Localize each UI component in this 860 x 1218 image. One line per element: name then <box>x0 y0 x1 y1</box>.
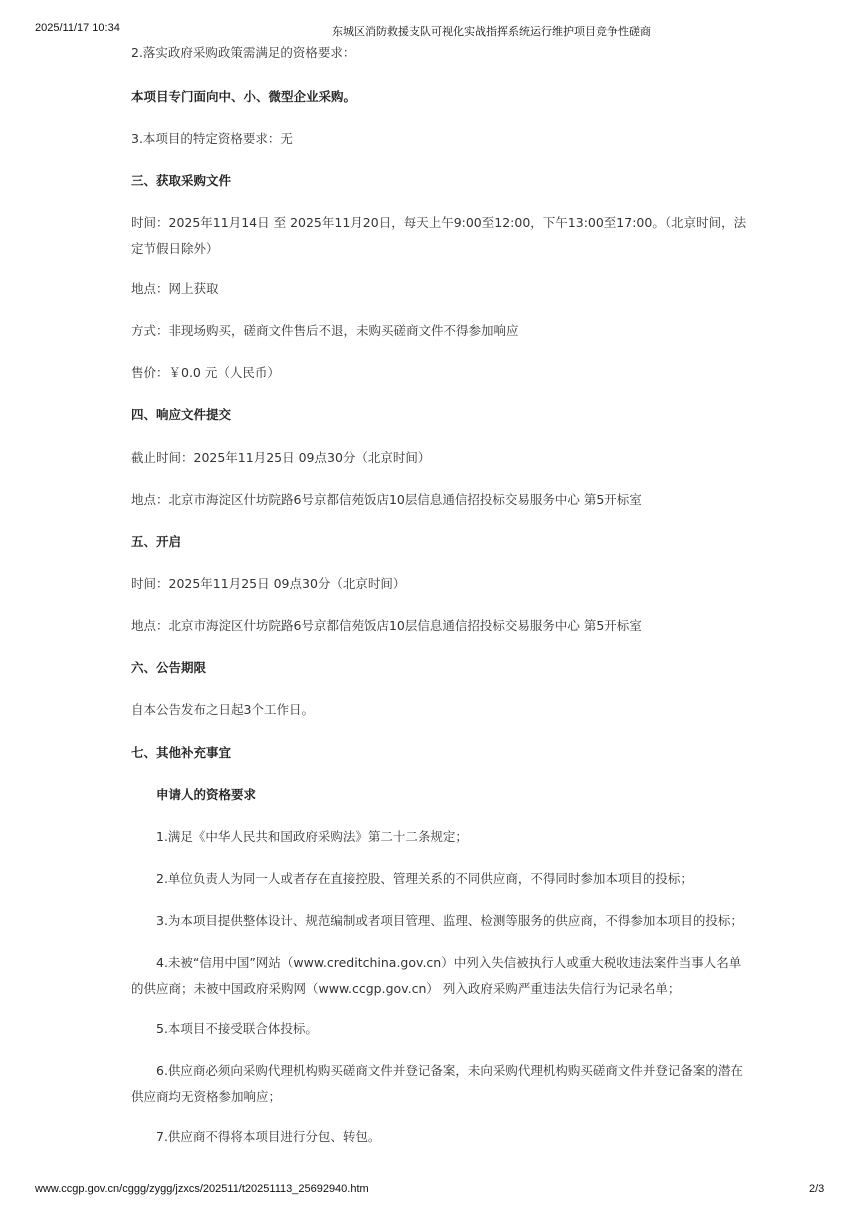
print-url: www.ccgp.gov.cn/cggg/zygg/jzxcs/202511/t… <box>35 1183 369 1195</box>
specific-requirement: 3.本项目的特定资格要求：无 <box>131 126 293 152</box>
requirement-item: 5.本项目不接受联合体投标。 <box>156 1016 318 1042</box>
print-datetime: 2025/11/17 10:34 <box>35 22 120 34</box>
section-heading-notice-period: 六、公告期限 <box>131 655 206 681</box>
sme-only-notice: 本项目专门面向中、小、微型企业采购。 <box>131 84 356 110</box>
requirement-item: 3.为本项目提供整体设计、规范编制或者项目管理、监理、检测等服务的供应商，不得参… <box>156 908 743 934</box>
notice-period-text: 自本公告发布之日起3个工作日。 <box>131 697 314 723</box>
requirement-item: 4.未被“信用中国”网站（www.creditchina.gov.cn）中列入失… <box>131 950 751 1002</box>
requirement-item: 2.单位负责人为同一人或者存在直接控股、管理关系的不同供应商，不得同时参加本项目… <box>156 866 693 892</box>
section-heading-opening: 五、开启 <box>131 529 181 555</box>
policy-requirement-label: 2.落实政府采购政策需满足的资格要求： <box>131 40 355 66</box>
section-heading-other-matters: 七、其他补充事宜 <box>131 740 231 766</box>
opening-time: 时间：2025年11月25日 09点30分（北京时间） <box>131 571 405 597</box>
obtain-docs-price: 售价：￥0.0 元（人民币） <box>131 360 280 386</box>
applicant-requirements-subheading: 申请人的资格要求 <box>156 782 256 808</box>
obtain-docs-place: 地点：网上获取 <box>131 276 219 302</box>
obtain-docs-time: 时间：2025年11月14日 至 2025年11月20日，每天上午9:00至12… <box>131 210 751 262</box>
requirement-item: 7.供应商不得将本项目进行分包、转包。 <box>156 1124 380 1150</box>
submission-deadline: 截止时间：2025年11月25日 09点30分（北京时间） <box>131 445 430 471</box>
obtain-docs-method: 方式：非现场购买，磋商文件售后不退，未购买磋商文件不得参加响应 <box>131 318 519 344</box>
requirement-item: 6.供应商必须向采购代理机构购买磋商文件并登记备案，未向采购代理机构购买磋商文件… <box>131 1058 751 1110</box>
page-number: 2/3 <box>809 1183 824 1195</box>
section-heading-submission: 四、响应文件提交 <box>131 402 231 428</box>
section-heading-obtain-docs: 三、获取采购文件 <box>131 168 231 194</box>
submission-place: 地点：北京市海淀区什坊院路6号京都信苑饭店10层信息通信招投标交易服务中心 第5… <box>131 487 642 513</box>
opening-place: 地点：北京市海淀区什坊院路6号京都信苑饭店10层信息通信招投标交易服务中心 第5… <box>131 613 642 639</box>
requirement-item: 1.满足《中华人民共和国政府采购法》第二十二条规定； <box>156 824 468 850</box>
print-title: 东城区消防救援支队可视化实战指挥系统运行维护项目竞争性磋商 <box>332 23 651 39</box>
